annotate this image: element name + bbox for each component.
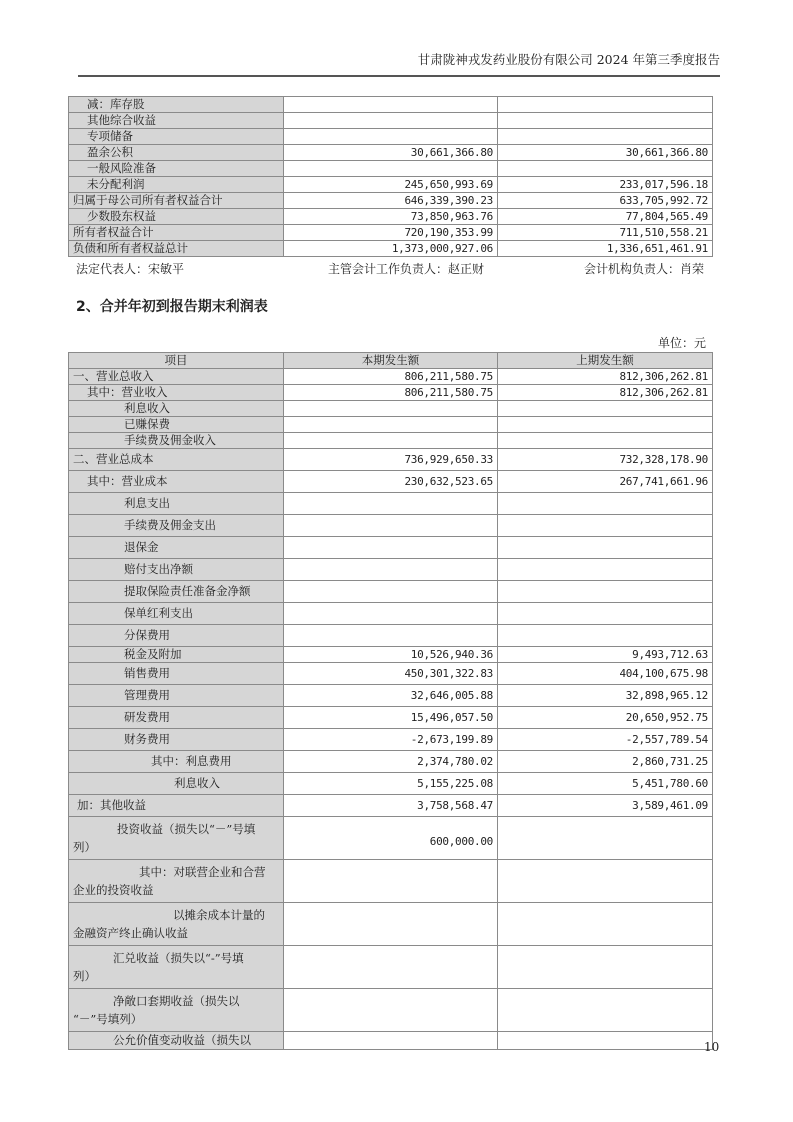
row-label-line1: 以摊余成本计量的 (73, 906, 279, 924)
row-label: 其中：营业收入 (69, 385, 284, 401)
row-label: 一、营业总收入 (69, 369, 284, 385)
table-header-row: 项目 本期发生额 上期发生额 (69, 353, 713, 369)
income-statement-table: 项目 本期发生额 上期发生额 一、营业总收入 806,211,580.75 81… (68, 352, 713, 1050)
current-value: 5,155,225.08 (284, 773, 498, 795)
row-label: 销售费用 (69, 663, 284, 685)
current-value (284, 515, 498, 537)
current-value (284, 97, 498, 113)
previous-value (498, 1032, 713, 1050)
previous-value (498, 989, 713, 1032)
row-label: 未分配利润 (69, 177, 284, 193)
row-label: 利息收入 (69, 773, 284, 795)
table-row: 盈余公积 30,661,366.80 30,661,366.80 (69, 145, 713, 161)
row-label: 投资收益（损失以“－”号填 列） (69, 817, 284, 860)
unit-label: 单位：元 (658, 334, 706, 351)
table-row: 销售费用 450,301,322.83 404,100,675.98 (69, 663, 713, 685)
current-value: 806,211,580.75 (284, 385, 498, 401)
row-label: 所有者权益合计 (69, 225, 284, 241)
table-row: 管理费用 32,646,005.88 32,898,965.12 (69, 685, 713, 707)
previous-value (498, 817, 713, 860)
previous-value (498, 417, 713, 433)
row-label: 归属于母公司所有者权益合计 (69, 193, 284, 209)
table-row: 净敞口套期收益（损失以 “－”号填列） (69, 989, 713, 1032)
table-row: 加：其他收益 3,758,568.47 3,589,461.09 (69, 795, 713, 817)
row-label: 少数股东权益 (69, 209, 284, 225)
table-row: 利息收入 5,155,225.08 5,451,780.60 (69, 773, 713, 795)
accounting-head: 主管会计工作负责人：赵正财 (328, 260, 484, 277)
table-row: 财务费用 -2,673,199.89 -2,557,789.54 (69, 729, 713, 751)
table-row: 手续费及佣金收入 (69, 433, 713, 449)
previous-value: 404,100,675.98 (498, 663, 713, 685)
previous-value (498, 559, 713, 581)
row-label: 其中：利息费用 (69, 751, 284, 773)
table-row: 少数股东权益 73,850,963.76 77,804,565.49 (69, 209, 713, 225)
accounting-dept-head: 会计机构负责人：肖荣 (584, 260, 704, 277)
table-row: 保单红利支出 (69, 603, 713, 625)
current-value: 10,526,940.36 (284, 647, 498, 663)
row-label: 利息支出 (69, 493, 284, 515)
current-value: 736,929,650.33 (284, 449, 498, 471)
table-row: 税金及附加 10,526,940.36 9,493,712.63 (69, 647, 713, 663)
current-value (284, 113, 498, 129)
row-label-line1: 其中：对联营企业和合营 (73, 863, 279, 881)
previous-value (498, 161, 713, 177)
previous-value: 711,510,558.21 (498, 225, 713, 241)
table-row: 一、营业总收入 806,211,580.75 812,306,262.81 (69, 369, 713, 385)
previous-value: 1,336,651,461.91 (498, 241, 713, 257)
table-row: 其中：利息费用 2,374,780.02 2,860,731.25 (69, 751, 713, 773)
current-value (284, 581, 498, 603)
legal-representative: 法定代表人：宋敏平 (76, 260, 184, 277)
table-row: 未分配利润 245,650,993.69 233,017,596.18 (69, 177, 713, 193)
current-value (284, 559, 498, 581)
current-value: 600,000.00 (284, 817, 498, 860)
current-value: 646,339,390.23 (284, 193, 498, 209)
table-row: 其中：对联营企业和合营 企业的投资收益 (69, 860, 713, 903)
current-value: 32,646,005.88 (284, 685, 498, 707)
table-row: 减：库存股 (69, 97, 713, 113)
current-value (284, 161, 498, 177)
row-label-line2: 企业的投资收益 (73, 881, 279, 899)
table-row: 其中：营业收入 806,211,580.75 812,306,262.81 (69, 385, 713, 401)
previous-value: 3,589,461.09 (498, 795, 713, 817)
table-row: 已赚保费 (69, 417, 713, 433)
current-value (284, 129, 498, 145)
row-label: 手续费及佣金支出 (69, 515, 284, 537)
page-header: 甘肃陇神戎发药业股份有限公司 2024 年第三季度报告 (78, 50, 720, 77)
row-label: 减：库存股 (69, 97, 284, 113)
current-value (284, 860, 498, 903)
table-row: 利息支出 (69, 493, 713, 515)
current-value: 15,496,057.50 (284, 707, 498, 729)
current-value (284, 625, 498, 647)
page-number: 10 (704, 1040, 719, 1054)
current-value: 30,661,366.80 (284, 145, 498, 161)
current-value (284, 989, 498, 1032)
current-value (284, 493, 498, 515)
current-value: 3,758,568.47 (284, 795, 498, 817)
row-label: 汇兑收益（损失以“-”号填 列） (69, 946, 284, 989)
column-header-item: 项目 (69, 353, 284, 369)
row-label: 以摊余成本计量的 金融资产终止确认收益 (69, 903, 284, 946)
table-row: 其中：营业成本 230,632,523.65 267,741,661.96 (69, 471, 713, 493)
row-label: 盈余公积 (69, 145, 284, 161)
previous-value: 32,898,965.12 (498, 685, 713, 707)
row-label: 一般风险准备 (69, 161, 284, 177)
table-row: 手续费及佣金支出 (69, 515, 713, 537)
current-value: 2,374,780.02 (284, 751, 498, 773)
previous-value: 9,493,712.63 (498, 647, 713, 663)
section-title: 2、合并年初到报告期末利润表 (76, 296, 268, 316)
table-row: 投资收益（损失以“－”号填 列） 600,000.00 (69, 817, 713, 860)
row-label: 负债和所有者权益总计 (69, 241, 284, 257)
previous-value (498, 603, 713, 625)
table-row: 研发费用 15,496,057.50 20,650,952.75 (69, 707, 713, 729)
previous-value: 20,650,952.75 (498, 707, 713, 729)
current-value: 230,632,523.65 (284, 471, 498, 493)
previous-value: 812,306,262.81 (498, 369, 713, 385)
current-value: 450,301,322.83 (284, 663, 498, 685)
table-row: 归属于母公司所有者权益合计 646,339,390.23 633,705,992… (69, 193, 713, 209)
current-value (284, 401, 498, 417)
row-label: 保单红利支出 (69, 603, 284, 625)
previous-value (498, 946, 713, 989)
previous-value (498, 401, 713, 417)
table-row: 分保费用 (69, 625, 713, 647)
row-label: 净敞口套期收益（损失以 “－”号填列） (69, 989, 284, 1032)
table-row: 一般风险准备 (69, 161, 713, 177)
table-row: 赔付支出净额 (69, 559, 713, 581)
row-label-line1: 净敞口套期收益（损失以 (73, 992, 279, 1010)
previous-value (498, 97, 713, 113)
column-header-current: 本期发生额 (284, 353, 498, 369)
row-label: 提取保险责任准备金净额 (69, 581, 284, 603)
previous-value: 2,860,731.25 (498, 751, 713, 773)
previous-value (498, 537, 713, 559)
row-label: 已赚保费 (69, 417, 284, 433)
previous-value (498, 625, 713, 647)
row-label-line2: 列） (73, 838, 279, 856)
row-label: 二、营业总成本 (69, 449, 284, 471)
row-label: 赔付支出净额 (69, 559, 284, 581)
table-row: 利息收入 (69, 401, 713, 417)
previous-value (498, 113, 713, 129)
previous-value: 5,451,780.60 (498, 773, 713, 795)
current-value: 1,373,000,927.06 (284, 241, 498, 257)
previous-value: 77,804,565.49 (498, 209, 713, 225)
balance-sheet-table: 减：库存股 其他综合收益 专项储备 盈余公积 30,661,366.80 30,… (68, 96, 713, 257)
current-value (284, 433, 498, 449)
signature-line: 法定代表人：宋敏平 主管会计工作负责人：赵正财 会计机构负责人：肖荣 (76, 260, 712, 278)
report-title: 甘肃陇神戎发药业股份有限公司 2024 年第三季度报告 (418, 52, 720, 67)
row-label: 其中：对联营企业和合营 企业的投资收益 (69, 860, 284, 903)
current-value (284, 903, 498, 946)
row-label: 其他综合收益 (69, 113, 284, 129)
current-value (284, 603, 498, 625)
current-value (284, 417, 498, 433)
column-header-previous: 上期发生额 (498, 353, 713, 369)
previous-value: 812,306,262.81 (498, 385, 713, 401)
previous-value: 732,328,178.90 (498, 449, 713, 471)
row-label: 专项储备 (69, 129, 284, 145)
current-value: 720,190,353.99 (284, 225, 498, 241)
previous-value: 30,661,366.80 (498, 145, 713, 161)
previous-value (498, 581, 713, 603)
row-label-line2: 列） (73, 967, 279, 985)
current-value (284, 946, 498, 989)
previous-value: 267,741,661.96 (498, 471, 713, 493)
table-row: 退保金 (69, 537, 713, 559)
current-value (284, 537, 498, 559)
row-label: 退保金 (69, 537, 284, 559)
table-row: 公允价值变动收益（损失以 (69, 1032, 713, 1050)
row-label: 其中：营业成本 (69, 471, 284, 493)
current-value: 806,211,580.75 (284, 369, 498, 385)
table-row: 以摊余成本计量的 金融资产终止确认收益 (69, 903, 713, 946)
row-label: 研发费用 (69, 707, 284, 729)
table-row: 负债和所有者权益总计 1,373,000,927.06 1,336,651,46… (69, 241, 713, 257)
current-value: -2,673,199.89 (284, 729, 498, 751)
table-row: 所有者权益合计 720,190,353.99 711,510,558.21 (69, 225, 713, 241)
row-label-line1: 投资收益（损失以“－”号填 (73, 820, 279, 838)
table-row: 汇兑收益（损失以“-”号填 列） (69, 946, 713, 989)
previous-value (498, 515, 713, 537)
table-row: 提取保险责任准备金净额 (69, 581, 713, 603)
current-value: 73,850,963.76 (284, 209, 498, 225)
row-label-line1: 汇兑收益（损失以“-”号填 (73, 949, 279, 967)
row-label: 税金及附加 (69, 647, 284, 663)
table-row: 二、营业总成本 736,929,650.33 732,328,178.90 (69, 449, 713, 471)
row-label: 公允价值变动收益（损失以 (69, 1032, 284, 1050)
table-row: 专项储备 (69, 129, 713, 145)
previous-value (498, 860, 713, 903)
row-label: 利息收入 (69, 401, 284, 417)
row-label: 手续费及佣金收入 (69, 433, 284, 449)
previous-value (498, 129, 713, 145)
row-label: 加：其他收益 (69, 795, 284, 817)
table-row: 其他综合收益 (69, 113, 713, 129)
row-label-line2: “－”号填列） (73, 1010, 279, 1028)
previous-value (498, 433, 713, 449)
previous-value (498, 903, 713, 946)
previous-value: 633,705,992.72 (498, 193, 713, 209)
row-label-line2: 金融资产终止确认收益 (73, 924, 279, 942)
current-value: 245,650,993.69 (284, 177, 498, 193)
previous-value (498, 493, 713, 515)
previous-value: 233,017,596.18 (498, 177, 713, 193)
previous-value: -2,557,789.54 (498, 729, 713, 751)
row-label: 财务费用 (69, 729, 284, 751)
current-value (284, 1032, 498, 1050)
row-label: 分保费用 (69, 625, 284, 647)
row-label: 管理费用 (69, 685, 284, 707)
